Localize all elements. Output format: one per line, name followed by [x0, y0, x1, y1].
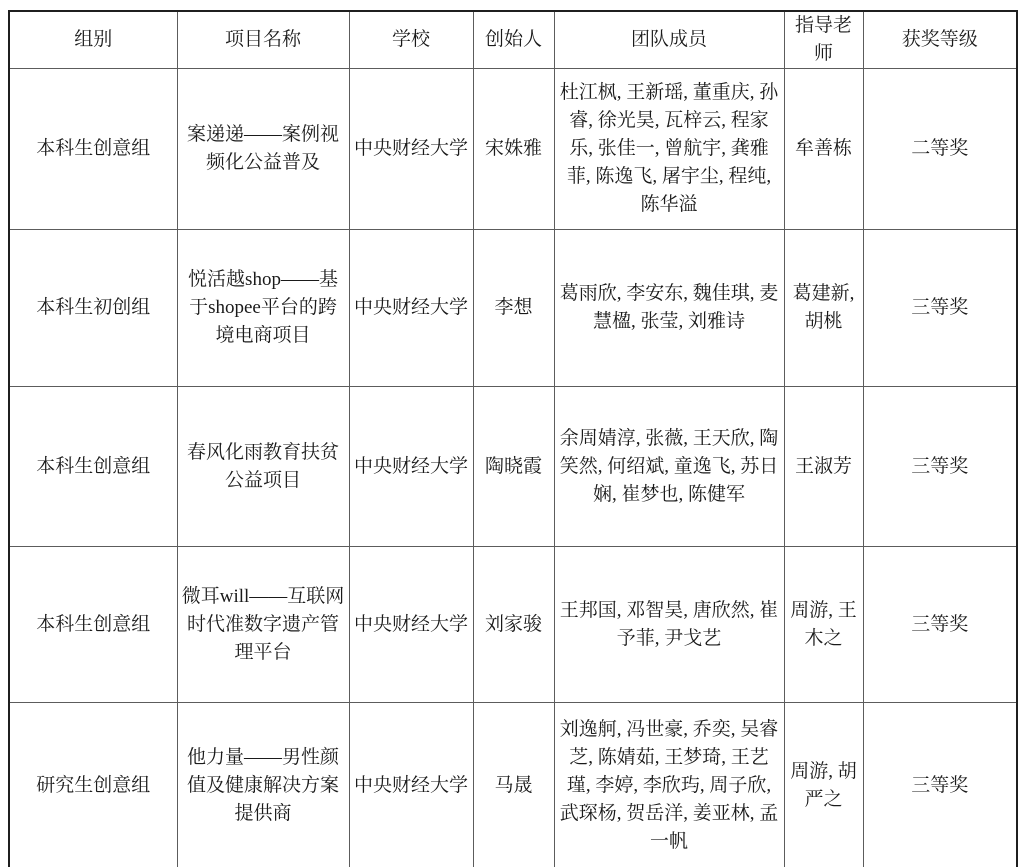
award-results-table: 组别 项目名称 学校 创始人 团队成员 指导老师 获奖等级 本科生创意组 案递递… [8, 10, 1018, 867]
cell-advisor: 周游, 王木之 [784, 547, 863, 703]
cell-school: 中央财经大学 [349, 703, 473, 867]
column-header-members: 团队成员 [554, 11, 784, 69]
cell-group: 本科生创意组 [9, 547, 177, 703]
cell-members: 葛雨欣, 李安东, 魏佳琪, 麦慧楹, 张莹, 刘雅诗 [554, 230, 784, 387]
cell-founder: 宋姝雅 [473, 69, 554, 230]
cell-award: 三等奖 [863, 230, 1017, 387]
cell-founder: 刘家骏 [473, 547, 554, 703]
column-header-group: 组别 [9, 11, 177, 69]
table-row: 研究生创意组 他力量——男性颜值及健康解决方案提供商 中央财经大学 马晟 刘逸舸… [9, 703, 1017, 867]
column-header-project: 项目名称 [177, 11, 349, 69]
cell-advisor: 葛建新, 胡桃 [784, 230, 863, 387]
cell-members: 刘逸舸, 冯世豪, 乔奕, 吴睿芝, 陈婧茹, 王梦琦, 王艺瑾, 李婷, 李欣… [554, 703, 784, 867]
table-row: 本科生初创组 悦活越shop——基于shopee平台的跨境电商项目 中央财经大学… [9, 230, 1017, 387]
cell-group: 本科生创意组 [9, 69, 177, 230]
cell-group: 本科生初创组 [9, 230, 177, 387]
cell-founder: 陶晓霞 [473, 387, 554, 547]
cell-award: 三等奖 [863, 387, 1017, 547]
page: 组别 项目名称 学校 创始人 团队成员 指导老师 获奖等级 本科生创意组 案递递… [0, 0, 1024, 867]
header-row: 组别 项目名称 学校 创始人 团队成员 指导老师 获奖等级 [9, 11, 1017, 69]
cell-school: 中央财经大学 [349, 69, 473, 230]
cell-award: 三等奖 [863, 547, 1017, 703]
cell-members: 杜江枫, 王新瑶, 董重庆, 孙睿, 徐光昊, 瓦梓云, 程家乐, 张佳一, 曾… [554, 69, 784, 230]
cell-project: 春风化雨教育扶贫公益项目 [177, 387, 349, 547]
cell-project: 微耳will——互联网时代准数字遗产管理平台 [177, 547, 349, 703]
cell-founder: 李想 [473, 230, 554, 387]
column-header-school: 学校 [349, 11, 473, 69]
cell-members: 余周婧淳, 张薇, 王天欣, 陶笑然, 何绍斌, 童逸飞, 苏日娴, 崔梦也, … [554, 387, 784, 547]
cell-founder: 马晟 [473, 703, 554, 867]
table-row: 本科生创意组 春风化雨教育扶贫公益项目 中央财经大学 陶晓霞 余周婧淳, 张薇,… [9, 387, 1017, 547]
cell-project: 悦活越shop——基于shopee平台的跨境电商项目 [177, 230, 349, 387]
column-header-founder: 创始人 [473, 11, 554, 69]
cell-award: 二等奖 [863, 69, 1017, 230]
cell-advisor: 周游, 胡严之 [784, 703, 863, 867]
table-row: 本科生创意组 微耳will——互联网时代准数字遗产管理平台 中央财经大学 刘家骏… [9, 547, 1017, 703]
cell-project: 他力量——男性颜值及健康解决方案提供商 [177, 703, 349, 867]
cell-school: 中央财经大学 [349, 547, 473, 703]
cell-project: 案递递——案例视频化公益普及 [177, 69, 349, 230]
cell-advisor: 王淑芳 [784, 387, 863, 547]
cell-group: 研究生创意组 [9, 703, 177, 867]
column-header-award: 获奖等级 [863, 11, 1017, 69]
cell-members: 王邦国, 邓智昊, 唐欣然, 崔予菲, 尹戈艺 [554, 547, 784, 703]
column-header-advisor: 指导老师 [784, 11, 863, 69]
table-row: 本科生创意组 案递递——案例视频化公益普及 中央财经大学 宋姝雅 杜江枫, 王新… [9, 69, 1017, 230]
cell-group: 本科生创意组 [9, 387, 177, 547]
cell-award: 三等奖 [863, 703, 1017, 867]
cell-school: 中央财经大学 [349, 230, 473, 387]
cell-advisor: 牟善栋 [784, 69, 863, 230]
cell-school: 中央财经大学 [349, 387, 473, 547]
